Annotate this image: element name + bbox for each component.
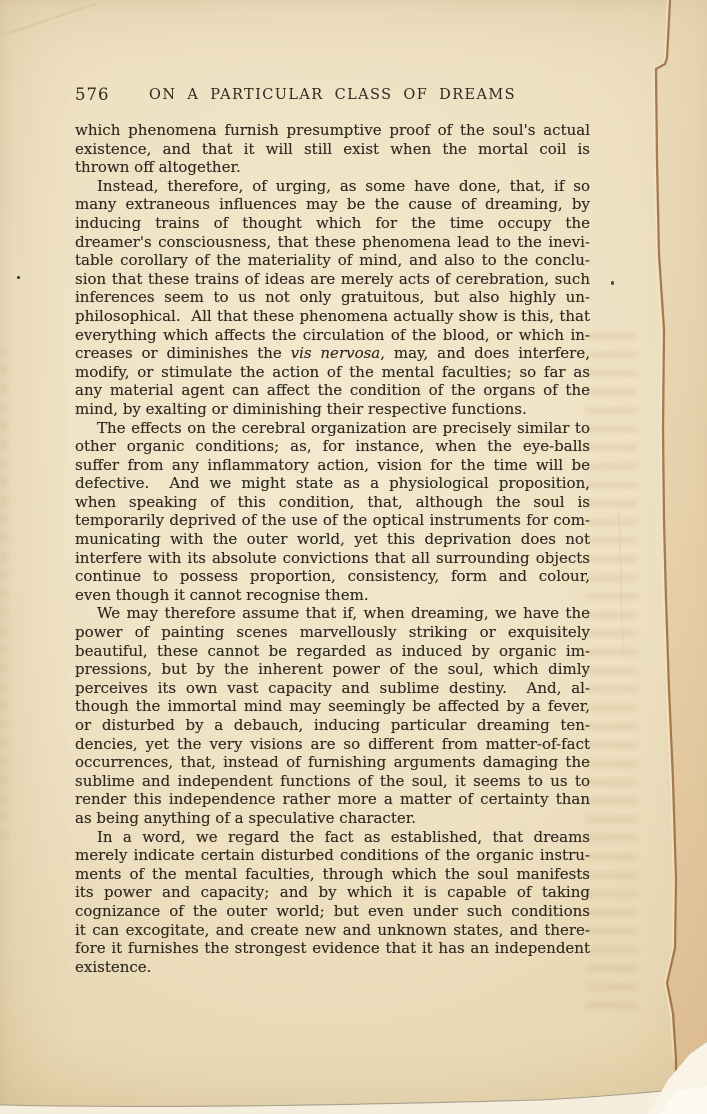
text-line: occurrences, that, instead of furnishing… [75, 753, 590, 772]
text-line: thrown off altogether. [75, 158, 590, 177]
text-line: any material agent can affect the condit… [75, 381, 590, 400]
text-line: which phenomena furnish presumptive proo… [75, 121, 590, 140]
text-line: In a word, we regard the fact as establi… [75, 828, 590, 847]
showthrough-texture-left [0, 348, 9, 838]
text-line: when speaking of this condition, that, a… [75, 493, 590, 512]
text-line: other organic conditions; as, for instan… [75, 437, 590, 456]
text-line: suffer from any inflammatory action, vis… [75, 456, 590, 475]
text-line: everything which affects the circulation… [75, 326, 590, 345]
text-line: existence, and that it will still exist … [75, 140, 590, 159]
text-line: Instead, therefore, of urging, as some h… [75, 177, 590, 196]
text-line: merely indicate certain disturbed condit… [75, 846, 590, 865]
showthrough-texture-right [586, 332, 638, 1012]
text-line: it can excogitate, and create new and un… [75, 921, 590, 940]
corner-wedge [648, 1042, 707, 1114]
text-line: modify, or stimulate the action of the m… [75, 363, 590, 382]
text-line: We may therefore assume that if, when dr… [75, 604, 590, 623]
text-line: or disturbed by a debauch, inducing part… [75, 716, 590, 735]
text-line: temporarily deprived of the use of the o… [75, 511, 590, 530]
corner-crease [0, 3, 98, 36]
torn-edge [656, 0, 676, 1088]
text-line: inducing trains of thought which for the… [75, 214, 590, 233]
text-line: ments of the mental faculties, through w… [75, 865, 590, 884]
text-line: sublime and independent functions of the… [75, 772, 590, 791]
text-line: creases or diminishes the vis nervosa, m… [75, 344, 590, 363]
text-line: though the immortal mind may seemingly b… [75, 697, 590, 716]
ink-speck [17, 276, 20, 279]
text-line: continue to possess proportion, consiste… [75, 567, 590, 586]
text-line: perceives its own vast capacity and subl… [75, 679, 590, 698]
text-line: as being anything of a speculative chara… [75, 809, 590, 828]
page-bottom-edge [0, 1091, 663, 1106]
text-line: table corollary of the materiality of mi… [75, 251, 590, 270]
text-line: beautiful, these cannot be regarded as i… [75, 642, 590, 661]
torn-flap [656, 0, 707, 1088]
text-line: defective. And we might state as a physi… [75, 474, 590, 493]
page-header: 576 ON A PARTICULAR CLASS OF DREAMS [75, 85, 590, 107]
text-line: pressions, but by the inherent power of … [75, 660, 590, 679]
page-bottom-strip [0, 1091, 663, 1114]
text-line: power of painting scenes marvellously st… [75, 623, 590, 642]
text-line: many extraneous influences may be the ca… [75, 195, 590, 214]
text-line: interfere with its absolute convictions … [75, 549, 590, 568]
text-line: municating with the outer world, yet thi… [75, 530, 590, 549]
text-line: render this independence rather more a m… [75, 790, 590, 809]
running-header: ON A PARTICULAR CLASS OF DREAMS [75, 85, 590, 103]
text-line: existence. [75, 958, 590, 977]
text-line: dreamer's consciousness, that these phen… [75, 233, 590, 252]
page-text: which phenomena furnish presumptive proo… [75, 121, 590, 976]
text-line: mind, by exalting or diminishing their r… [75, 400, 590, 419]
text-line: inferences seem to us not only gratuitou… [75, 288, 590, 307]
text-line: fore it furnishes the strongest evidence… [75, 939, 590, 958]
page-number: 576 [75, 85, 110, 104]
text-line: its power and capacity; and by which it … [75, 883, 590, 902]
text-line: dencies, yet the very visions are so dif… [75, 735, 590, 754]
book-page: 576 ON A PARTICULAR CLASS OF DREAMS whic… [0, 0, 707, 1114]
text-line: philosophical. All that these phenomena … [75, 307, 590, 326]
text-line: even though it cannot recognise them. [75, 586, 590, 605]
text-line: sion that these trains of ideas are mere… [75, 270, 590, 289]
text-line: The effects on the cerebral organization… [75, 419, 590, 438]
ink-speck [611, 281, 614, 285]
text-line: cognizance of the outer world; but even … [75, 902, 590, 921]
